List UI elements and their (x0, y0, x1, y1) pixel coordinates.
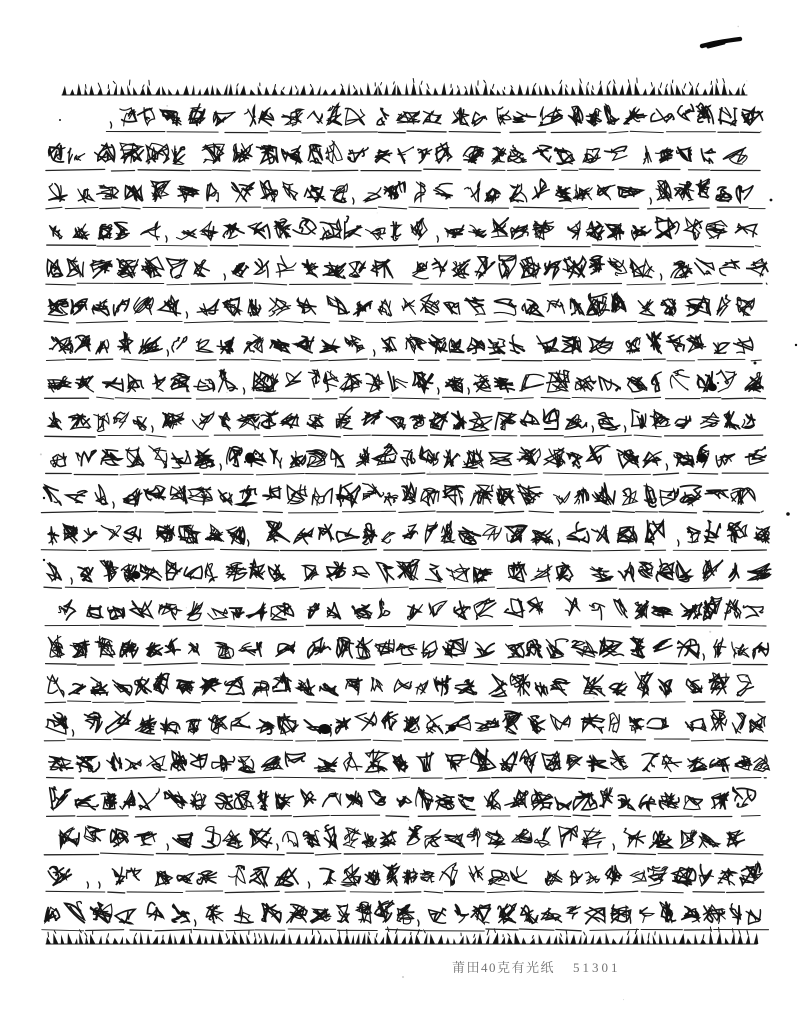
ornamental-border-top (62, 83, 748, 99)
page-number-pen-dash: 一 (698, 34, 746, 50)
ink-canvas (0, 0, 803, 1022)
paper-sheet: 一 在2000年的年末，上级领导到女一所检查工作，陈秋梅队长给学员这天开会告诉学… (0, 0, 803, 1022)
ornamental-border-bottom (46, 932, 758, 948)
paper-spec-text: 莆田40克有光纸 (452, 960, 555, 975)
scanned-document-page: { "document": { "kind_visible": "handwri… (0, 0, 803, 1022)
paper-serial-number: 51301 (573, 960, 621, 975)
paper-spec-footer: 莆田40克有光纸51301 (452, 957, 692, 977)
